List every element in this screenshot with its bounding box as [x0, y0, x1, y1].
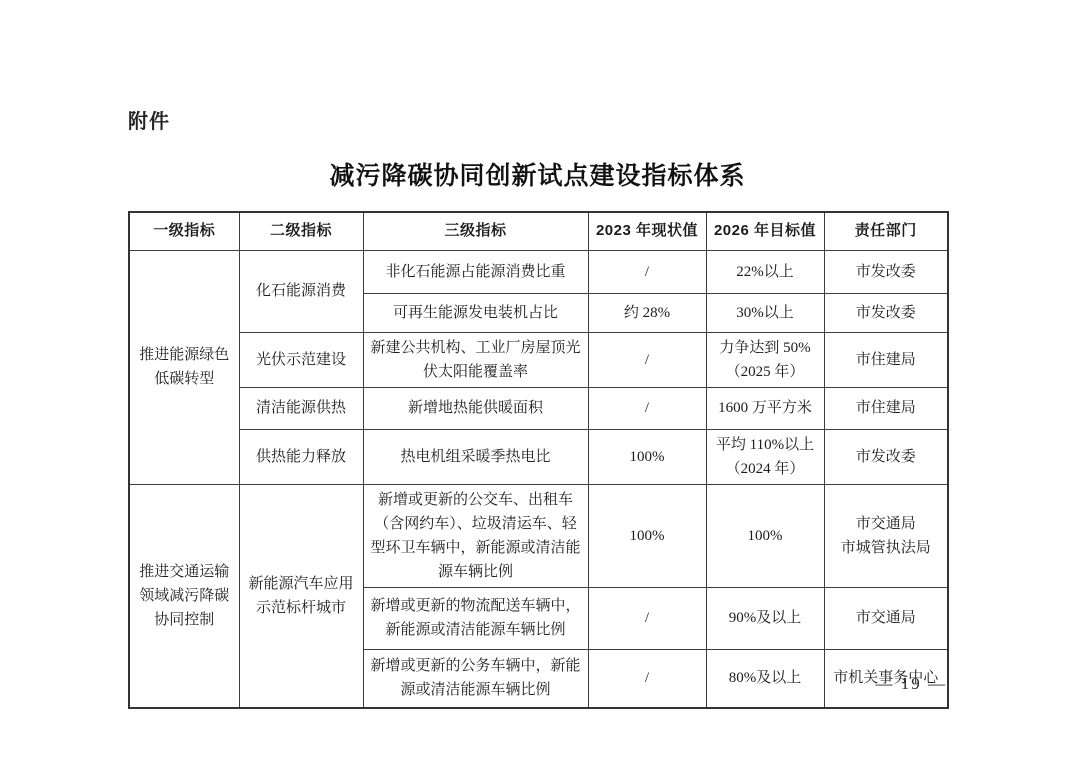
- col-header-2023-current: 2023 年现状值: [588, 212, 706, 250]
- cell-level3: 可再生能源发电装机占比: [363, 293, 588, 332]
- cell-department: 市住建局: [824, 332, 948, 387]
- table-row: 供热能力释放 热电机组采暖季热电比 100% 平均 110%以上 （2024 年…: [129, 429, 948, 484]
- cell-level3: 新建公共机构、工业厂房屋顶光伏太阳能覆盖率: [363, 332, 588, 387]
- cell-current-value: /: [588, 587, 706, 649]
- cell-current-value: /: [588, 250, 706, 293]
- cell-department: 市发改委: [824, 429, 948, 484]
- cell-current-value: /: [588, 332, 706, 387]
- cell-level3: 热电机组采暖季热电比: [363, 429, 588, 484]
- cell-level1-energy-transition: 推进能源绿色低碳转型: [129, 250, 239, 484]
- cell-level2-heating-capacity: 供热能力释放: [239, 429, 363, 484]
- table-row: 推进交通运输领域减污降碳协同控制 新能源汽车应用示范标杆城市 新增或更新的公交车…: [129, 484, 948, 587]
- cell-level2-pv-demonstration: 光伏示范建设: [239, 332, 363, 387]
- cell-department: 市交通局 市城管执法局: [824, 484, 948, 587]
- cell-level2-clean-heating: 清洁能源供热: [239, 387, 363, 429]
- cell-level2-fossil-energy: 化石能源消费: [239, 250, 363, 332]
- cell-current-value: 100%: [588, 484, 706, 587]
- cell-current-value: 100%: [588, 429, 706, 484]
- cell-target-value: 力争达到 50% （2025 年）: [706, 332, 824, 387]
- document-page: 附件 减污降碳协同创新试点建设指标体系 一级指标 二级指标 三级指标 2023 …: [0, 0, 1080, 764]
- indicator-table: 一级指标 二级指标 三级指标 2023 年现状值 2026 年目标值 责任部门 …: [128, 211, 949, 709]
- cell-current-value: /: [588, 387, 706, 429]
- table-row: 清洁能源供热 新增地热能供暖面积 / 1600 万平方米 市住建局: [129, 387, 948, 429]
- page-title: 减污降碳协同创新试点建设指标体系: [128, 156, 947, 192]
- col-header-2026-target: 2026 年目标值: [706, 212, 824, 250]
- table-header-row: 一级指标 二级指标 三级指标 2023 年现状值 2026 年目标值 责任部门: [129, 212, 948, 250]
- cell-department: 市交通局: [824, 587, 948, 649]
- cell-level3: 新增或更新的公交车、出租车（含网约车）、垃圾清运车、轻型环卫车辆中，新能源或清洁…: [363, 484, 588, 587]
- table-row: 推进能源绿色低碳转型 化石能源消费 非化石能源占能源消费比重 / 22%以上 市…: [129, 250, 948, 293]
- cell-current-value: 约 28%: [588, 293, 706, 332]
- cell-level3: 新增或更新的物流配送车辆中，新能源或清洁能源车辆比例: [363, 587, 588, 649]
- cell-level3: 新增地热能供暖面积: [363, 387, 588, 429]
- cell-target-value: 90%及以上: [706, 587, 824, 649]
- cell-target-value: 100%: [706, 484, 824, 587]
- attachment-label: 附件: [128, 105, 170, 134]
- cell-department: 市发改委: [824, 250, 948, 293]
- cell-department: 市住建局: [824, 387, 948, 429]
- cell-target-value: 1600 万平方米: [706, 387, 824, 429]
- col-header-department: 责任部门: [824, 212, 948, 250]
- cell-target-value: 30%以上: [706, 293, 824, 332]
- table-row: 光伏示范建设 新建公共机构、工业厂房屋顶光伏太阳能覆盖率 / 力争达到 50% …: [129, 332, 948, 387]
- page-number: — 19 —: [128, 674, 947, 694]
- cell-target-value: 22%以上: [706, 250, 824, 293]
- cell-department: 市发改委: [824, 293, 948, 332]
- cell-target-value: 平均 110%以上 （2024 年）: [706, 429, 824, 484]
- col-header-level3-indicator: 三级指标: [363, 212, 588, 250]
- col-header-level1-indicator: 一级指标: [129, 212, 239, 250]
- col-header-level2-indicator: 二级指标: [239, 212, 363, 250]
- cell-level3: 非化石能源占能源消费比重: [363, 250, 588, 293]
